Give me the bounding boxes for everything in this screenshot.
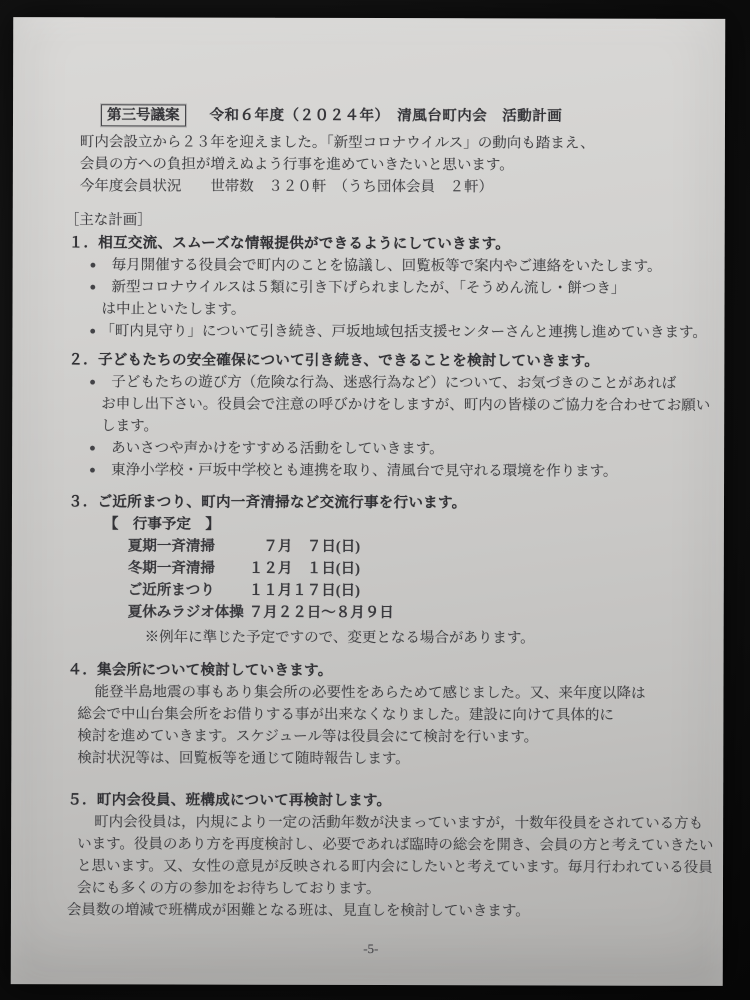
- paragraph-line: 会員数の増減で班構成が困難となる班は、見直しを検討していきます。: [63, 899, 709, 923]
- bullet-text: 東浄小学校・戸坂中学校とも連携を取り、清風台で見守れる環境を作ります。: [111, 462, 617, 479]
- intro-paragraph: 町内会設立から２３年を迎えました。「新型コロナウイルス」の動向も踏まえ、 会員の…: [65, 131, 711, 199]
- bullet-text: 毎月開催する役員会で町内のことを協議し、回覧板等で案内やご連絡をいたします。: [112, 257, 662, 274]
- event-row: ご近所まつり１１月１７日(日): [64, 579, 710, 603]
- bullet-text: あいさつや声かけをすすめる活動をしていきます。: [111, 440, 444, 457]
- event-date: ７月 ７日(日): [249, 539, 360, 555]
- schedule-note: ※例年に準じた予定ですので、変更となる場合があります。: [64, 626, 710, 650]
- bullet-item: ●東浄小学校・戸坂中学校とも連携を取り、清風台で見守れる環境を作ります。: [64, 459, 710, 483]
- section-4-heading: ４．集会所について検討していきます。: [64, 659, 710, 683]
- bullet-icon: ●: [89, 437, 111, 459]
- bullet-icon: ●: [89, 371, 111, 393]
- section-5-heading: ５．町内会役員、班構成について再検討します。: [63, 789, 709, 813]
- bullet-icon: ●: [90, 276, 112, 298]
- section-3-heading: ３．ご近所まつり、町内一斉清掃など交流行事を行います。: [64, 491, 710, 515]
- paragraph-line: 会にも多くの方の参加をお待ちしております。: [63, 877, 709, 901]
- event-name: 冬期一斉清掃: [128, 557, 249, 579]
- paragraph-line: 検討を進めていきます。スケジュール等は役員会にて検討を行います。: [63, 725, 709, 749]
- event-row: 冬期一斉清掃１２月 １日(日): [64, 557, 710, 581]
- paragraph-line: と思います。又、女性の意見が反映される町内会にしたいと考えています。毎月行われて…: [63, 855, 709, 879]
- schedule-label: 【 行事予定 】: [64, 513, 710, 537]
- intro-line: 会員の方への負担が増えぬよう行事を進めていきたいと思います。: [65, 153, 711, 177]
- section-1-heading: １．相互交流、スムーズな情報提供ができるようにしていきます。: [65, 232, 711, 256]
- bullet-text: 新型コロナウイルスは５類に引き下げられましたが、「そうめん流し・餅つき」: [112, 279, 626, 296]
- paragraph-line: 検討状況等は、回覧板等を通じて随時報告します。: [63, 747, 709, 771]
- page-number: -5-: [63, 937, 709, 961]
- section-2-heading: ２．子どもたちの安全確保について引き続き、できることを検討していきます。: [64, 349, 710, 373]
- membership-status-line: 今年度会員状況 世帯数 ３２０軒 （うち団体会員 ２軒）: [65, 175, 711, 199]
- intro-line: 町内会設立から２３年を迎えました。「新型コロナウイルス」の動向も踏まえ、: [65, 131, 711, 155]
- paragraph-line: 総会で中山台集会所をお借りする事が出来なくなりました。建設に向けて具体的に: [63, 703, 709, 727]
- document-header: 第三号議案令和６年度（２０２４年） 清風台町内会 活動計画 町内会設立から２３年…: [65, 103, 711, 199]
- section-4: ４．集会所について検討していきます。 能登半島地震の事もあり集会所の必要性をあら…: [63, 659, 709, 771]
- proposal-number-box: 第三号議案: [101, 104, 186, 126]
- paragraph-line: 町内会役員は，内規により一定の活動年数が決まっていますが，十数年役員をされている…: [63, 811, 709, 835]
- document-title: 令和６年度（２０２４年） 清風台町内会 活動計画: [209, 108, 562, 125]
- event-date: １１月１７日(日): [249, 583, 360, 599]
- event-name: 夏期一斉清掃: [128, 535, 249, 557]
- bullet-continuation: は中止といたします。: [64, 298, 710, 322]
- document-page: 第三号議案令和６年度（２０２４年） 清風台町内会 活動計画 町内会設立から２３年…: [11, 17, 726, 986]
- bullet-item: ●あいさつや声かけをすすめる活動をしていきます。: [64, 437, 710, 461]
- bullet-icon: ●: [89, 320, 100, 342]
- bullet-item: ●子どもたちの遊び方（危険な行為、迷惑行為など）について、お気づきのことがあれば: [64, 371, 710, 395]
- paragraph-line: います。役員のあり方を再度検討し、必要であれば臨時の総会を開き、会員の方と考えて…: [63, 833, 709, 857]
- paragraph-line: 能登半島地震の事もあり集会所の必要性をあらためて感じました。又、来年度以降は: [63, 681, 709, 705]
- section-1: １．相互交流、スムーズな情報提供ができるようにしていきます。 ●毎月開催する役員…: [64, 232, 710, 344]
- section-2: ２．子どもたちの安全確保について引き続き、できることを検討していきます。 ●子ど…: [64, 349, 710, 483]
- event-row: 夏休みラジオ体操７月２２日～８月９日: [64, 601, 710, 625]
- bullet-item: ●毎月開催する役員会で町内のことを協議し、回覧板等で案内やご連絡をいたします。: [65, 254, 711, 278]
- event-name: ご近所まつり: [128, 579, 249, 601]
- bullet-continuation: します。: [64, 415, 710, 439]
- bullet-text: 子どもたちの遊び方（危険な行為、迷惑行為など）について、お気づきのことがあれば: [111, 374, 676, 391]
- event-name: 夏休みラジオ体操: [128, 601, 249, 623]
- plan-label: ［主な計画］: [65, 209, 711, 233]
- bullet-item: ●「町内見守り」について引き続き、戸坂地域包括支援センターさんと連携し進めていき…: [64, 320, 710, 344]
- event-row: 夏期一斉清掃 ７月 ７日(日): [64, 535, 710, 559]
- event-date: ７月２２日～８月９日: [249, 605, 394, 621]
- title-row: 第三号議案令和６年度（２０２４年） 清風台町内会 活動計画: [65, 103, 711, 129]
- section-3: ３．ご近所まつり、町内一斉清掃など交流行事を行います。 【 行事予定 】 夏期一…: [64, 491, 710, 650]
- section-5: ５．町内会役員、班構成について再検討します。 町内会役員は，内規により一定の活動…: [63, 789, 709, 923]
- bullet-continuation: お申し出下さい。役員会で注意の呼びかけをしますが、町内の皆様のご協力を合わせてお…: [64, 393, 710, 417]
- bullet-icon: ●: [89, 459, 111, 481]
- bullet-item: ●新型コロナウイルスは５類に引き下げられましたが、「そうめん流し・餅つき」: [65, 276, 711, 300]
- event-date: １２月 １日(日): [249, 561, 360, 577]
- bullet-text: 「町内見守り」について引き続き、戸坂地域包括支援センターさんと連携し進めていきま…: [100, 323, 706, 341]
- bullet-icon: ●: [90, 254, 112, 276]
